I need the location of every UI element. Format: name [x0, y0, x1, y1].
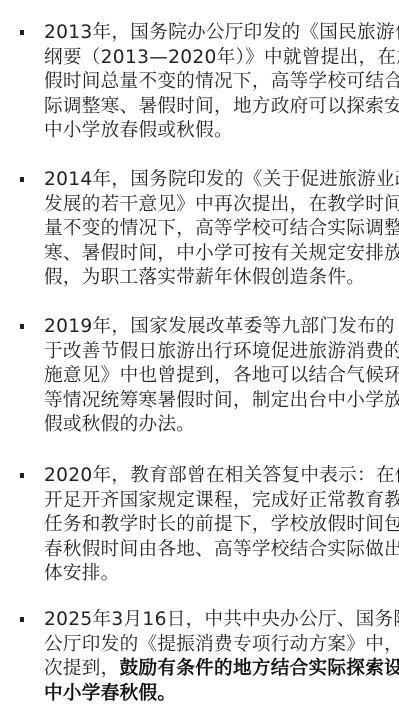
text-line: 量不变的情况下，高等学校可结合实际调整 — [44, 217, 376, 242]
bullet-icon — [20, 177, 24, 182]
text-emphasis: 鼓励有条件的地方结合实际探索设置 — [120, 658, 399, 679]
text-line: 2014年，国务院印发的《关于促进旅游业改革 — [44, 168, 376, 193]
text-line: 假，为职工落实带薪年休假创造条件。 — [44, 266, 376, 291]
bullet-icon — [20, 473, 24, 478]
text-line: 寒、暑假时间，中小学可按有关规定安排放春 — [44, 242, 376, 267]
text-line-mixed: 次提到，鼓励有条件的地方结合实际探索设置 — [44, 657, 376, 682]
list-item-text: 2025年3月16日，中共中央办公厅、国务院办 公厅印发的《提振消费专项行动方案… — [44, 608, 376, 706]
text-line: 施意见》中也曾提到，各地可以结合气候环境 — [44, 364, 376, 389]
text-line: 等情况统筹寒暑假时间，制定出台中小学放春 — [44, 389, 376, 414]
text-line: 春秋假时间由各地、高等学校结合实际做出具 — [44, 538, 376, 563]
text-line: 2020年，教育部曾在相关答复中表示：在保证 — [44, 464, 376, 489]
list-item-text: 2014年，国务院印发的《关于促进旅游业改革 发展的若干意见》中再次提出，在教学… — [44, 168, 376, 291]
text-line: 中小学放春假或秋假。 — [44, 119, 376, 144]
bullet-icon — [20, 30, 24, 35]
text-line: 2019年，国家发展改革委等九部门发布的《关 — [44, 315, 376, 340]
text-line: 开足开齐国家规定课程，完成好正常教育教学 — [44, 489, 376, 514]
bullet-icon — [20, 324, 24, 329]
text-line: 纲要（2013—2020年）》中就曾提出，在放 — [44, 46, 376, 71]
text-line: 体安排。 — [44, 562, 376, 587]
bullet-icon — [20, 617, 24, 622]
list-item-text: 2013年，国务院办公厅印发的《国民旅游休闲 纲要（2013—2020年）》中就… — [44, 21, 376, 144]
text-line: 发展的若干意见》中再次提出，在教学时间总 — [44, 193, 376, 218]
text-line: 公厅印发的《提振消费专项行动方案》中，再 — [44, 633, 376, 658]
text-line: 于改善节假日旅游出行环境促进旅游消费的实 — [44, 340, 376, 365]
text-emphasis-line: 中小学春秋假。 — [44, 682, 376, 707]
list-item-text: 2020年，教育部曾在相关答复中表示：在保证 开足开齐国家规定课程，完成好正常教… — [44, 464, 376, 587]
text-line: 2013年，国务院办公厅印发的《国民旅游休闲 — [44, 21, 376, 46]
text-line: 任务和教学时长的前提下，学校放假时间包括 — [44, 513, 376, 538]
text-line: 际调整寒、暑假时间，地方政府可以探索安排 — [44, 95, 376, 120]
text-line: 假时间总量不变的情况下，高等学校可结合实 — [44, 70, 376, 95]
text-line: 假或秋假的办法。 — [44, 413, 376, 438]
list-item-text: 2019年，国家发展改革委等九部门发布的《关 于改善节假日旅游出行环境促进旅游消… — [44, 315, 376, 438]
text-line: 2025年3月16日，中共中央办公厅、国务院办 — [44, 608, 376, 633]
text-normal: 次提到， — [44, 658, 120, 679]
